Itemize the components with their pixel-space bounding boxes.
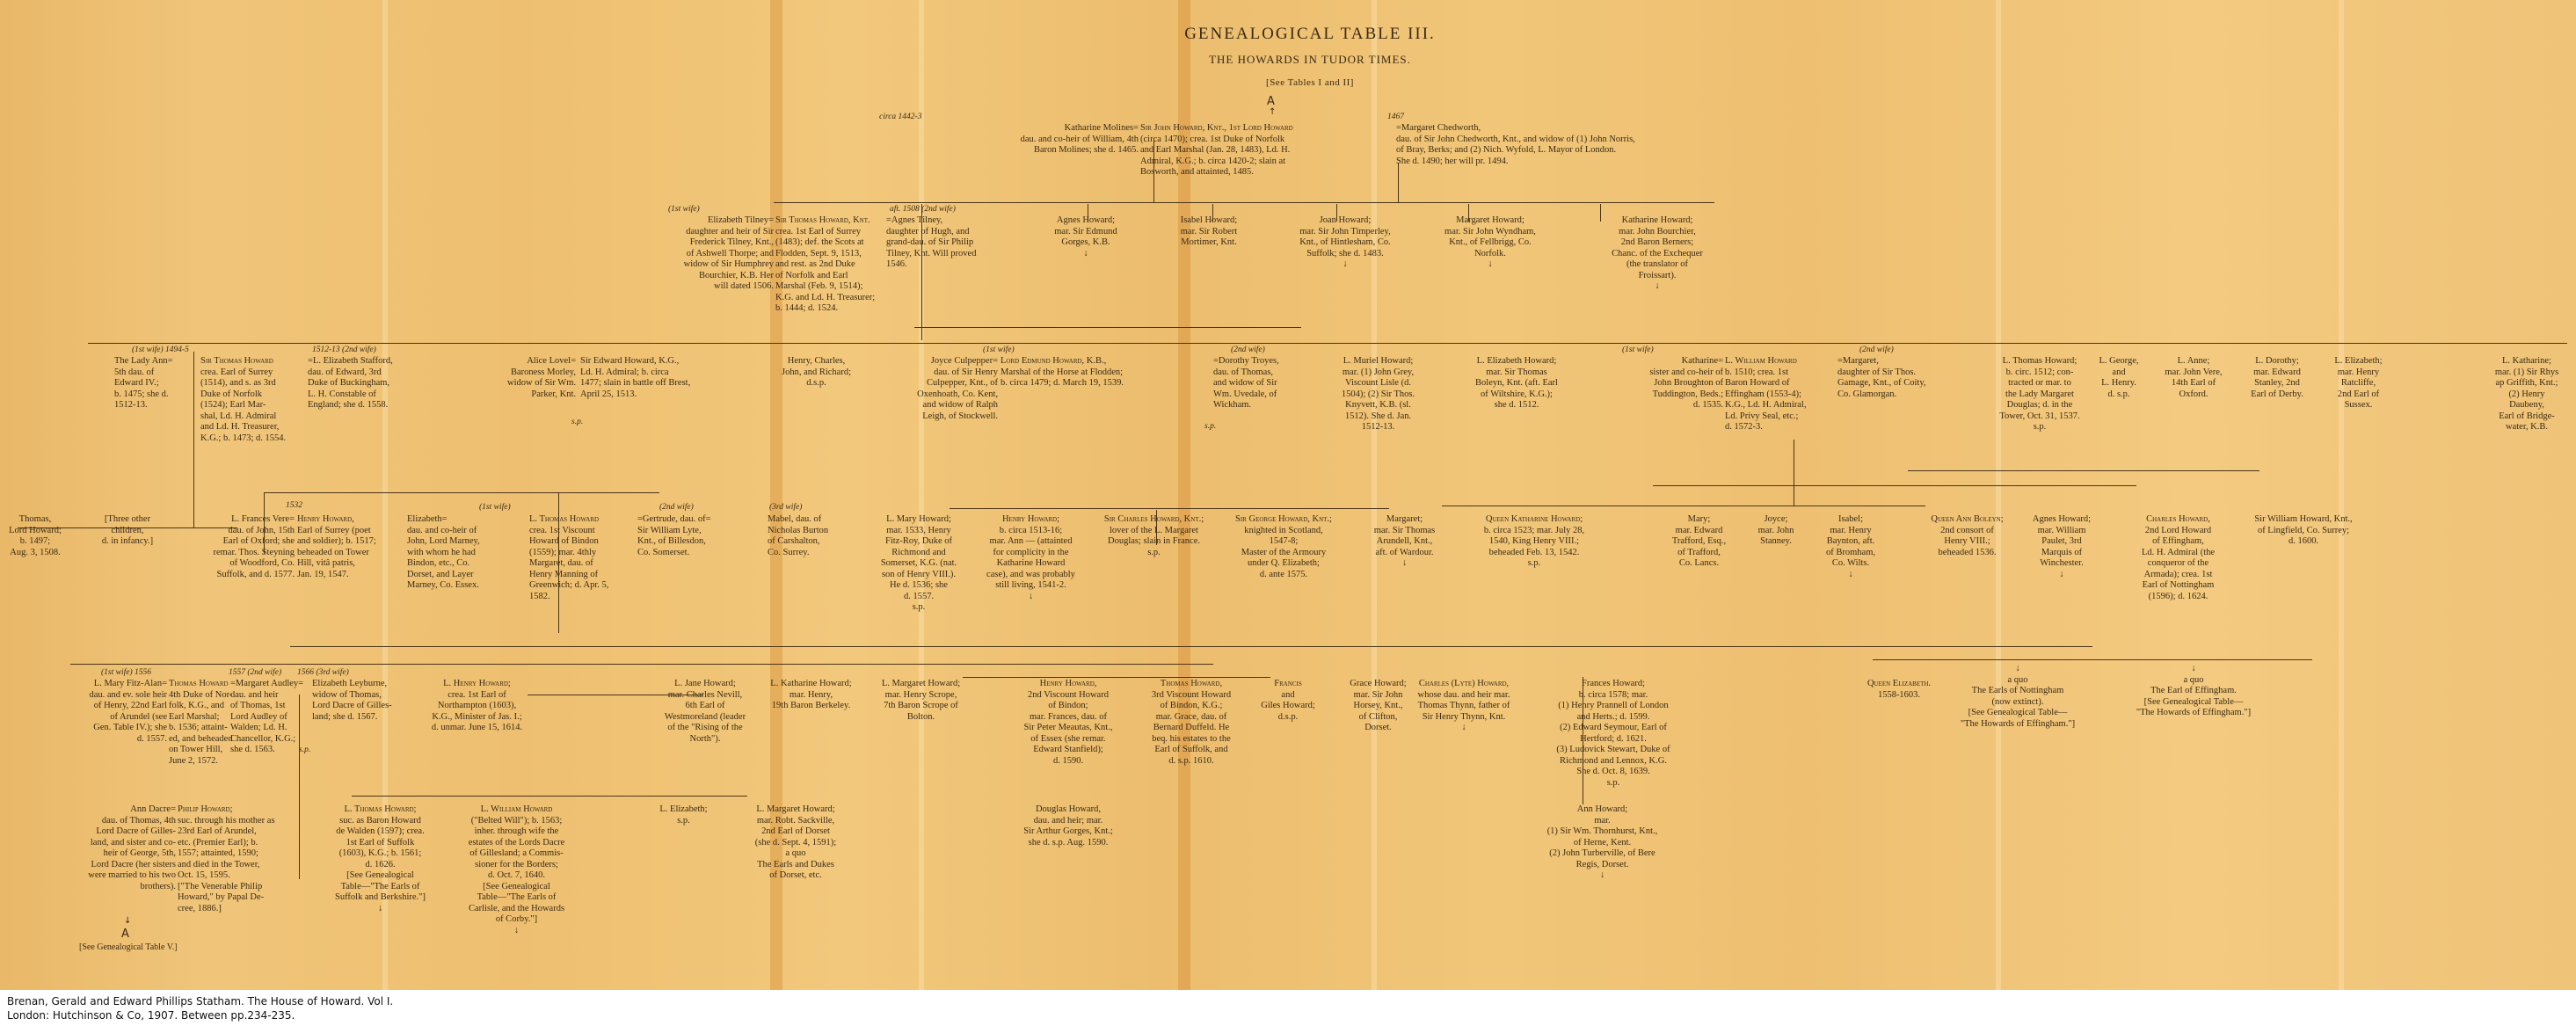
wife-label: (1st wife)	[1622, 346, 1654, 354]
person-charles-howard-nottingham: Charles Howard, 2nd Lord Howard of Effin…	[2128, 514, 2229, 602]
descendants-earl-of-effingham: ↓ a quo The Earl of Effingham. [See Gene…	[2128, 664, 2259, 719]
wife-label: (1st wife) 1494-5	[132, 346, 189, 354]
person-elizabeth-leyburne: Elizabeth Leyburne, widow of Thomas, Lor…	[312, 679, 409, 723]
person-jane-howard: L. Jane Howard; mar. Charles Nevill, 6th…	[652, 679, 758, 745]
person-details: Marshal of the Horse at Flodden; b. circ…	[1001, 367, 1176, 389]
person-elizabeth-stafford: =L. Elizabeth Stafford, dau. of Edward, …	[308, 356, 418, 411]
person-william-howard-belted-will: L. William Howard ("Belted Will"); b. 15…	[457, 804, 576, 936]
see-table-v-note: [See Genealogical Table V.]	[79, 942, 255, 954]
person-details: Earl of Surrey (poet and soldier); b. 15…	[297, 526, 403, 581]
marriage-date: 1532	[286, 501, 302, 510]
wife-label: 1557 (2nd wife)	[229, 668, 281, 677]
person-details: crea. 1st Earl of Surrey (1483); def. th…	[775, 227, 890, 315]
person-katharine-howard-berkeley: L. Katharine Howard; mar. Henry, 19th Ba…	[756, 679, 866, 712]
wife-label: (1st wife)	[479, 503, 511, 512]
person-william-howard-effingham: L. William Howard b. 1510; crea. 1st Bar…	[1725, 356, 1835, 433]
wife-label: 1566 (3rd wife)	[297, 668, 349, 677]
person-name: L. Thomas Howard	[529, 514, 599, 524]
wife-label: (1st wife)	[983, 346, 1015, 354]
person-margaret-howard-sackville: L. Margaret Howard; mar. Robt. Sackville…	[743, 804, 848, 882]
person-name: Thomas Howard,	[1161, 679, 1222, 688]
person-details: b. 1510; crea. 1st Baron Howard of Effin…	[1725, 367, 1835, 433]
person-george-and-henry: L. George, and L. Henry. d. s.p.	[2088, 356, 2150, 400]
person-name: Henry Howard,	[1040, 679, 1097, 688]
person-details: suc. through his mother as 23rd Earl of …	[178, 816, 283, 915]
person-elizabeth-tilney: Elizabeth Tilney= daughter and heir of S…	[633, 215, 774, 293]
person-details: crea. Earl of Surrey (1514), and s. as 3…	[200, 367, 306, 445]
person-thomas-howard-suffolk: L. Thomas Howard; suc. as Baron Howard d…	[325, 804, 435, 914]
person-charles-lyte-howard: Charles (Lyte) Howard, whose dau. and he…	[1402, 679, 1525, 734]
person-isabel-howard: Isabel Howard; mar. Sir Robert Mortimer,…	[1152, 215, 1266, 249]
person-details: whose dau. and heir mar. Thomas Thynn, f…	[1402, 690, 1525, 734]
person-details: and Giles Howard; d.s.p.	[1248, 690, 1328, 724]
person-name: Charles (Lyte) Howard,	[1419, 679, 1509, 688]
person-henry-charles-john-richard: Henry, Charles, John, and Richard; d.s.p…	[770, 356, 862, 389]
person-joan-howard: Joan Howard; mar. Sir John Timperley, Kn…	[1279, 215, 1411, 271]
person-mary-trafford: Mary; mar. Edward Trafford, Esq., of Tra…	[1662, 514, 1736, 570]
person-details: suc. as Baron Howard de Walden (1597); c…	[325, 816, 435, 915]
person-name: Henry Howard;	[1002, 514, 1059, 524]
person-details: 2nd Viscount Howard of Bindon; mar. Fran…	[1007, 690, 1130, 767]
wife-label: (3rd wife)	[769, 503, 802, 512]
person-details: crea. 1st Viscount Howard of Bindon (155…	[529, 526, 635, 603]
see-tables-note: [See Tables I and II]	[1134, 77, 1486, 88]
person-charles-howard-knt: Sir Charles Howard, Knt.; lover of the L…	[1095, 514, 1213, 558]
person-details: 1558-1603.	[1851, 690, 1947, 702]
person-ann-howard-thornhurst: Ann Howard; mar. (1) Sir Wm. Thornhurst,…	[1530, 804, 1675, 882]
person-thomas-howard-3rd-duke: Sir Thomas Howard crea. Earl of Surrey (…	[200, 356, 306, 444]
person-mary-howard-richmond: L. Mary Howard; mar. 1533, Henry Fitz-Ro…	[866, 514, 971, 614]
caption-line-2: London: Hutchinson & Co, 1907. Between p…	[7, 1008, 393, 1022]
wife-label: 1512-13 (2nd wife)	[312, 346, 376, 354]
wife-label: (2nd wife)	[659, 503, 694, 512]
person-name: Sir Thomas Howard, Knt.	[775, 215, 870, 225]
person-queen-ann-boleyn: Queen Ann Boleyn; 2nd consort of Henry V…	[1917, 514, 2018, 558]
person-douglas-howard: Douglas Howard, dau. and heir; mar. Sir …	[1007, 804, 1130, 848]
person-name: L. William Howard	[481, 804, 553, 814]
arrow-up-icon: ↑	[1269, 107, 1276, 117]
person-name: Queen Ann Boleyn;	[1931, 514, 2003, 524]
person-details: 3rd Viscount Howard of Bindon, K.G.; mar…	[1134, 690, 1248, 767]
person-name: L. William Howard	[1725, 356, 1797, 366]
person-name: Charles Howard,	[2146, 514, 2210, 524]
person-name: Henry Howard,	[297, 514, 354, 524]
marriage-date: 1467	[1387, 113, 1404, 121]
person-name: Lord Edmund Howard, K.B.,	[1001, 356, 1106, 366]
person-elizabeth-sp: L. Elizabeth; s.p.	[651, 804, 717, 826]
person-henry-howard-earl-of-surrey: Henry Howard, Earl of Surrey (poet and s…	[297, 514, 403, 580]
person-mary-fitz-alan: L. Mary Fitz-Alan= dau. and ev. sole hei…	[53, 679, 167, 745]
person-margaret-howard: Margaret Howard; mar. Sir John Wyndham, …	[1424, 215, 1556, 271]
person-isabel-baynton: Isabel; mar. Henry Baynton, aft. of Brom…	[1816, 514, 1886, 580]
person-edward-howard: Sir Edward Howard, K.G., Ld. H. Admiral;…	[580, 356, 739, 400]
person-name: Francis	[1274, 679, 1302, 688]
person-henry-howard-2nd-viscount: Henry Howard, 2nd Viscount Howard of Bin…	[1007, 679, 1130, 767]
person-elizabeth-marney: Elizabeth= dau. and co-heir of John, Lor…	[407, 514, 517, 592]
person-dorothy-troyes: =Dorothy Troyes, dau. of Thomas, and wid…	[1213, 356, 1301, 411]
person-details: ("Belted Will"); b. 1563; inher. through…	[457, 816, 576, 937]
person-alice-lovel: Alice Lovel= Baroness Morley, widow of S…	[444, 356, 576, 400]
person-details: lover of the L. Margaret Douglas; slain …	[1095, 526, 1213, 559]
person-joyce-stanney: Joyce; mar. John Stanney.	[1745, 514, 1807, 548]
person-frances-vere: L. Frances Vere= dau. of John, 15th Earl…	[176, 514, 295, 580]
person-thomas-howard-2nd-duke: Sir Thomas Howard, Knt. crea. 1st Earl o…	[775, 215, 890, 315]
person-anne-howard: L. Anne; mar. John Vere, 14th Earl of Ox…	[2154, 356, 2233, 400]
person-philip-howard: Philip Howard; suc. through his mother a…	[178, 804, 283, 914]
person-lady-ann-plantagenet: The Lady Ann= 5th dau. of Edward IV.; b.…	[114, 356, 198, 411]
person-name: Sir Charles Howard, Knt.;	[1104, 514, 1204, 524]
person-margaret-chedworth: =Margaret Chedworth, dau. of Sir John Ch…	[1396, 123, 1713, 167]
person-thomas-howard-tower: L. Thomas Howard; b. circ. 1512; con- tr…	[1996, 356, 2084, 433]
genealogical-table-sheet: GENEALOGICAL TABLE III. THE HOWARDS IN T…	[0, 0, 2576, 990]
wife-label: aft. 1508 (2nd wife)	[890, 205, 956, 214]
person-agnes-tilney: =Agnes Tilney, daughter of Hugh, and gra…	[886, 215, 1001, 271]
sp-note: s.p.	[299, 746, 310, 754]
sp-note: s.p.	[571, 418, 583, 426]
person-elizabeth-howard-sussex: L. Elizabeth; mar. Henry Ratcliffe, 2nd …	[2321, 356, 2396, 411]
three-other-children: [Three other children, d. in infancy.]	[88, 514, 167, 548]
person-name: Queen Elizabeth.	[1867, 679, 1931, 688]
descendants-earls-of-nottingham: ↓ a quo The Earls of Nottingham (now ext…	[1952, 664, 2084, 730]
person-queen-elizabeth: Queen Elizabeth. 1558-1603.	[1851, 679, 1947, 701]
person-queen-katharine-howard: Queen Katharine Howard; b. circa 1523; m…	[1455, 514, 1613, 570]
person-details: crea. 1st Earl of Northampton (1603), K.…	[409, 690, 545, 734]
person-details: 2nd consort of Henry VIII.; beheaded 153…	[1917, 526, 2018, 559]
person-mabel-burton: Mabel, dau. of Nicholas Burton of Carsha…	[768, 514, 855, 558]
person-name: Sir Thomas Howard	[200, 356, 273, 366]
person-name: Queen Katharine Howard;	[1486, 514, 1583, 524]
arrow-down-icon: ↓	[124, 916, 131, 926]
person-margaret-gamage: =Margaret, daughter of Sir Thos. Gamage,…	[1837, 356, 1956, 400]
person-francis-and-giles: Francis and Giles Howard; d.s.p.	[1248, 679, 1328, 723]
sp-note: s.p.	[1204, 422, 1216, 431]
person-details: knighted in Scotland, 1547-8; Master of …	[1218, 526, 1350, 581]
marriage-date: circa 1442-3	[879, 113, 921, 121]
person-thomas-howard-3rd-viscount: Thomas Howard, 3rd Viscount Howard of Bi…	[1134, 679, 1248, 767]
person-agnes-howard-paulet: Agnes Howard; mar. William Paulet, 3rd M…	[2022, 514, 2101, 580]
anchor-a-bottom: A	[121, 928, 129, 941]
person-frances-howard: Frances Howard; b. circa 1578; mar. (1) …	[1556, 679, 1670, 789]
person-joyce-culpepper: Joyce Culpepper= dau. of Sir Henry Culpe…	[888, 356, 998, 422]
wife-label: (1st wife)	[668, 205, 700, 214]
wife-label: (2nd wife)	[1859, 346, 1894, 354]
person-henry-howard-northampton: L. Henry Howard; crea. 1st Earl of North…	[409, 679, 545, 734]
caption-line-1: Brenan, Gerald and Edward Phillips Stath…	[7, 994, 393, 1008]
person-william-howard-lingfield: Sir William Howard, Knt., of Lingfield, …	[2238, 514, 2369, 548]
person-details: b. circa 1513-16; mar. Ann — (attainted …	[976, 526, 1086, 603]
table-subtitle: THE HOWARDS IN TUDOR TIMES.	[1134, 53, 1486, 67]
person-thomas-lord-howard: Thomas, Lord Howard; b. 1497; Aug. 3, 15…	[0, 514, 70, 558]
person-henry-howard-ann: Henry Howard; b. circa 1513-16; mar. Ann…	[976, 514, 1086, 602]
person-gertrude-lyte: =Gertrude, dau. of= Sir William Lyte, Kn…	[637, 514, 752, 558]
person-katharine-molines: Katharine Molines= dau. and co-heir of W…	[950, 123, 1139, 156]
person-details: 2nd Lord Howard of Effingham, Ld. H. Adm…	[2128, 526, 2229, 603]
person-dorothy-howard: L. Dorothy; mar. Edward Stanley, 2nd Ear…	[2238, 356, 2317, 400]
person-name: Thomas Howard	[169, 679, 229, 688]
wife-label: (2nd wife)	[1231, 346, 1265, 354]
person-muriel-howard: L. Muriel Howard; mar. (1) John Grey, Vi…	[1323, 356, 1433, 433]
person-name: L. Henry Howard;	[443, 679, 511, 688]
person-edmund-howard: Lord Edmund Howard, K.B., Marshal of the…	[1001, 356, 1176, 389]
person-katharine-howard-bridgewater: L. Katharine; mar. (1) Sir Rhys ap Griff…	[2479, 356, 2574, 433]
person-details: (circa 1470); crea. 1st Duke of Norfolk …	[1140, 135, 1404, 178]
person-margaret-howard-scrope: L. Margaret Howard; mar. Henry Scrope, 7…	[866, 679, 976, 723]
person-name: Philip Howard;	[178, 804, 233, 814]
person-name: Sir John Howard, Knt., 1st Lord Howard	[1140, 123, 1293, 133]
person-name: L. Thomas Howard;	[345, 804, 417, 814]
wife-label: (1st wife) 1556	[101, 668, 151, 677]
anchor-a-top: A	[1267, 95, 1275, 108]
person-john-howard-1st-duke: Sir John Howard, Knt., 1st Lord Howard (…	[1140, 123, 1404, 178]
person-margaret-audley: =Margaret Audley= dau. and heir of Thoma…	[230, 679, 314, 756]
person-thomas-howard-bindon: L. Thomas Howard crea. 1st Viscount Howa…	[529, 514, 635, 602]
person-ann-dacre: Ann Dacre= dau. of Thomas, 4th Lord Dacr…	[53, 804, 176, 892]
person-katharine-howard-berners: Katharine Howard; mar. John Bourchier, 2…	[1591, 215, 1723, 293]
source-caption: Brenan, Gerald and Edward Phillips Stath…	[7, 994, 393, 1022]
person-katharine-broughton: Katharine= sister and co-heir of John Br…	[1591, 356, 1723, 411]
person-agnes-howard: Agnes Howard; mar. Sir Edmund Gorges, K.…	[1020, 215, 1152, 259]
person-margaret-arundell: Margaret; mar. Sir Thomas Arundell, Knt.…	[1358, 514, 1451, 570]
person-george-howard-knt: Sir George Howard, Knt.; knighted in Sco…	[1218, 514, 1350, 580]
table-title: GENEALOGICAL TABLE III.	[1134, 25, 1486, 44]
person-details: b. circa 1523; mar. July 28, 1540, King …	[1455, 526, 1613, 570]
person-name: Sir George Howard, Knt.;	[1235, 514, 1332, 524]
person-elizabeth-howard-boleyn: L. Elizabeth Howard; mar. Sir Thomas Bol…	[1459, 356, 1574, 411]
